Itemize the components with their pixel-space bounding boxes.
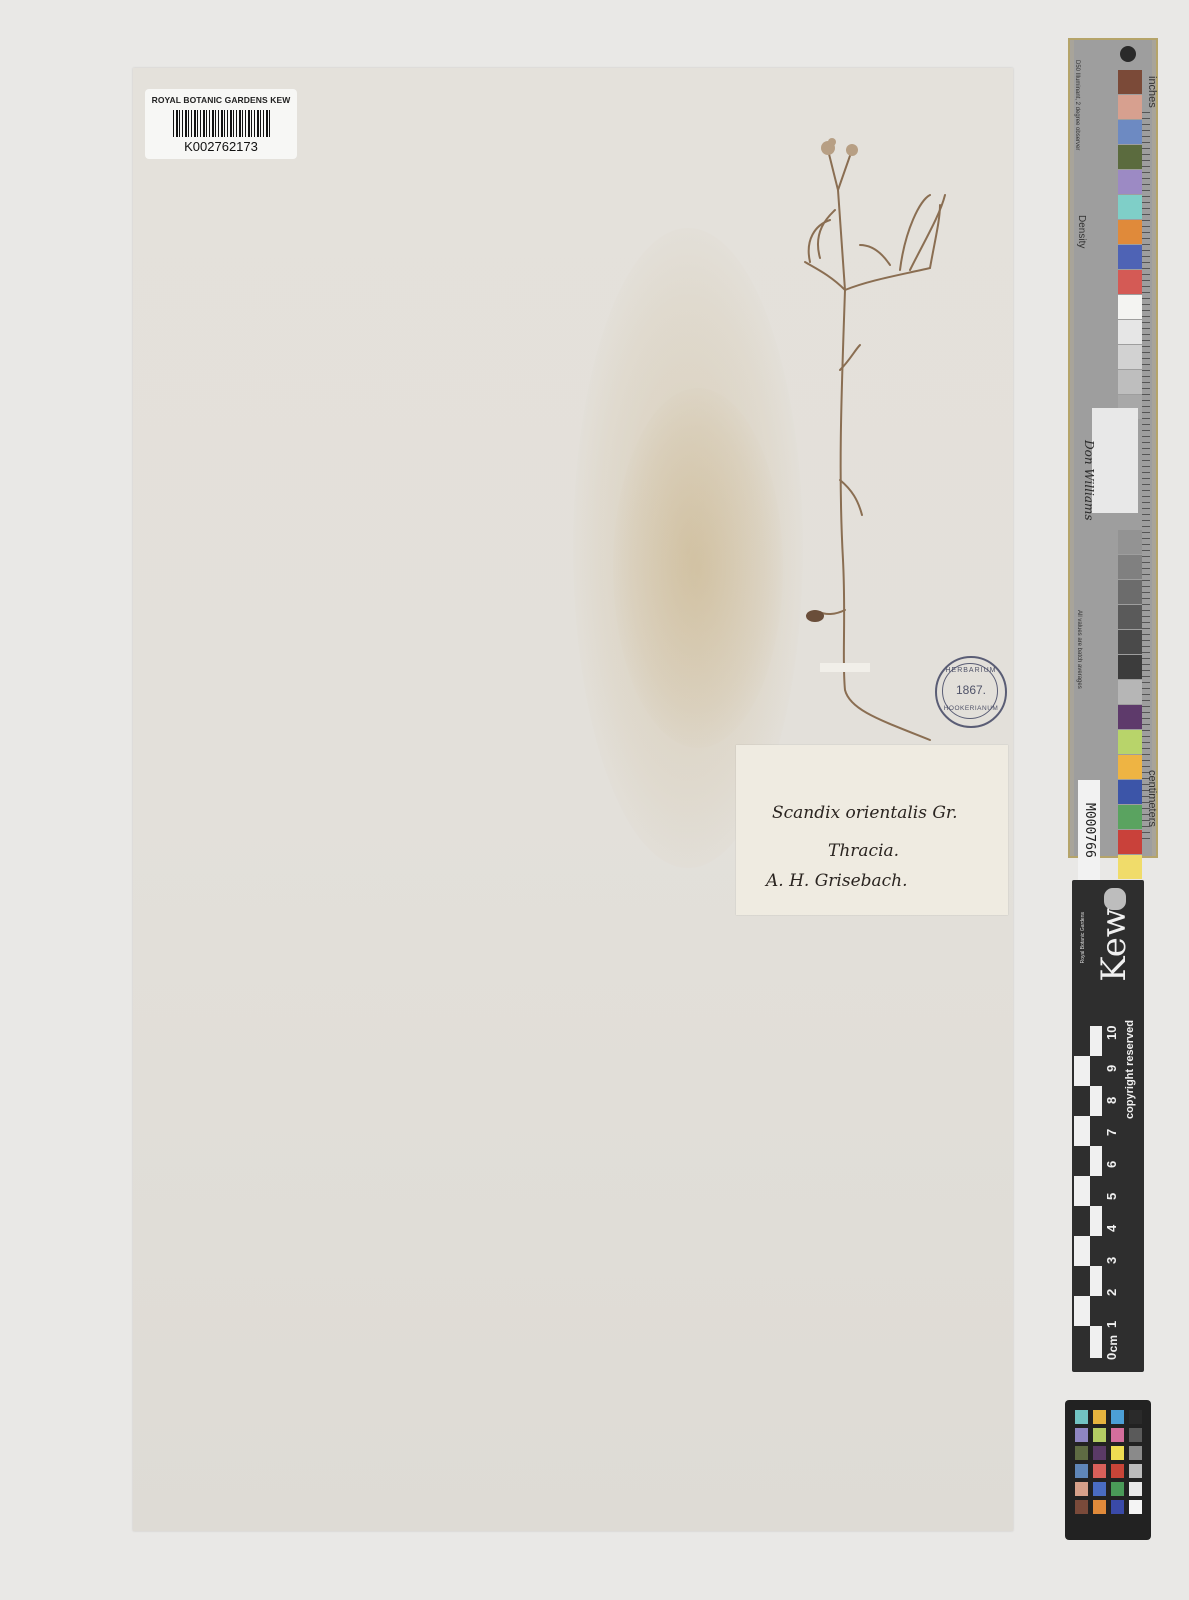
color-chip [1111, 1410, 1124, 1424]
color-patch [1118, 345, 1142, 369]
density-label: Density [1076, 215, 1087, 248]
color-chip [1075, 1446, 1088, 1460]
herbarium-stamp: HERBARIUM 1867. HOOKERIANUM [935, 656, 1007, 728]
color-chip [1075, 1428, 1088, 1442]
color-patch [1118, 70, 1142, 94]
kew-logo: Kew [1094, 908, 1134, 982]
locality: Thracia. [828, 841, 899, 861]
color-patch [1118, 730, 1142, 754]
color-bar-id: M000766 [1078, 780, 1100, 880]
unit-inches: inches [1146, 76, 1158, 108]
color-patch [1118, 120, 1142, 144]
color-chip [1129, 1446, 1142, 1460]
color-patch [1118, 370, 1142, 394]
mounting-strap [820, 663, 870, 672]
color-chip [1111, 1464, 1124, 1478]
color-patch [1118, 220, 1142, 244]
taxon-name: Scandix orientalis Gr. [772, 803, 958, 823]
color-chip [1093, 1482, 1106, 1496]
punch-hole-icon [1120, 46, 1136, 62]
color-patch [1118, 555, 1142, 579]
color-patch [1118, 530, 1142, 554]
scale-number: 2 [1104, 1289, 1122, 1296]
color-chip [1093, 1410, 1106, 1424]
color-patch [1118, 170, 1142, 194]
scale-numbers: 012345678910 [1104, 1025, 1122, 1360]
scale-number: 9 [1104, 1064, 1122, 1071]
scale-number: 6 [1104, 1160, 1122, 1167]
color-patch [1118, 680, 1142, 704]
color-patch [1118, 580, 1142, 604]
ruler-ticks [1142, 112, 1150, 842]
scale-checker-pattern [1074, 1026, 1102, 1358]
color-patch [1118, 320, 1142, 344]
color-patch [1118, 630, 1142, 654]
color-patch [1118, 655, 1142, 679]
institution-name: ROYAL BOTANIC GARDENS KEW [145, 95, 297, 105]
color-checker-card [1065, 1400, 1151, 1540]
scale-number: 4 [1104, 1225, 1122, 1232]
scale-number: 8 [1104, 1096, 1122, 1103]
specimen-id: K002762173 [145, 139, 297, 154]
color-patch [1118, 145, 1142, 169]
scale-number: 3 [1104, 1257, 1122, 1264]
kew-scale-bar: Kew Royal Botanic Gardens 012345678910 c… [1072, 880, 1144, 1372]
scale-number: 1 [1104, 1321, 1122, 1328]
determination-label: Scandix orientalis Gr. Thracia. A. H. Gr… [736, 745, 1008, 915]
stamp-top-text: HERBARIUM [937, 667, 1005, 674]
color-chip [1129, 1482, 1142, 1496]
color-patch [1118, 855, 1142, 879]
color-patch [1118, 830, 1142, 854]
color-chip [1111, 1446, 1124, 1460]
batch-note: All values are batch averages [1076, 610, 1082, 689]
color-patch [1118, 245, 1142, 269]
color-chip [1075, 1464, 1088, 1478]
collector: A. H. Grisebach. [766, 871, 908, 891]
color-chip [1129, 1500, 1142, 1514]
color-patch [1118, 95, 1142, 119]
barcode-label: ROYAL BOTANIC GARDENS KEW K002762173 [145, 89, 297, 159]
water-stain [613, 388, 783, 748]
barcode-icon [173, 110, 271, 137]
scale-number: 7 [1104, 1128, 1122, 1135]
color-chip [1093, 1428, 1106, 1442]
illuminant-note: D50 Illuminant, 2 degree observer [1074, 60, 1080, 150]
scale-unit: cm [1106, 1335, 1120, 1352]
crest-icon [1104, 888, 1126, 910]
color-chip [1075, 1410, 1088, 1424]
scale-number: 10 [1104, 1025, 1122, 1039]
grey-scale-inset [1092, 408, 1138, 513]
color-chip [1129, 1410, 1142, 1424]
color-patch [1118, 705, 1142, 729]
color-chip [1093, 1464, 1106, 1478]
stamp-year: 1867. [937, 683, 1005, 697]
color-chip [1129, 1428, 1142, 1442]
color-chip [1111, 1482, 1124, 1496]
color-patch [1118, 270, 1142, 294]
color-chip [1075, 1500, 1088, 1514]
color-patch [1118, 755, 1142, 779]
kew-subtitle: Royal Botanic Gardens [1080, 912, 1086, 963]
scale-number: 5 [1104, 1193, 1122, 1200]
color-checker-grid [1075, 1410, 1142, 1514]
color-patch [1118, 605, 1142, 629]
scale-number: 0 [1104, 1353, 1122, 1360]
color-calibration-bar: inches centimeters D50 Illuminant, 2 deg… [1068, 38, 1158, 858]
color-chip [1093, 1500, 1106, 1514]
color-chip [1111, 1428, 1124, 1442]
copyright-text: copyright reserved [1124, 1020, 1136, 1119]
color-chip [1111, 1500, 1124, 1514]
brand-name: Don Williams [1082, 440, 1096, 521]
color-patch [1118, 805, 1142, 829]
color-chip [1093, 1446, 1106, 1460]
color-patch [1118, 195, 1142, 219]
stamp-bottom-text: HOOKERIANUM [937, 705, 1005, 712]
color-chip [1075, 1482, 1088, 1496]
color-patch [1118, 780, 1142, 804]
color-chip [1129, 1464, 1142, 1478]
color-patch [1118, 295, 1142, 319]
unit-centimeters: centimeters [1146, 770, 1158, 827]
